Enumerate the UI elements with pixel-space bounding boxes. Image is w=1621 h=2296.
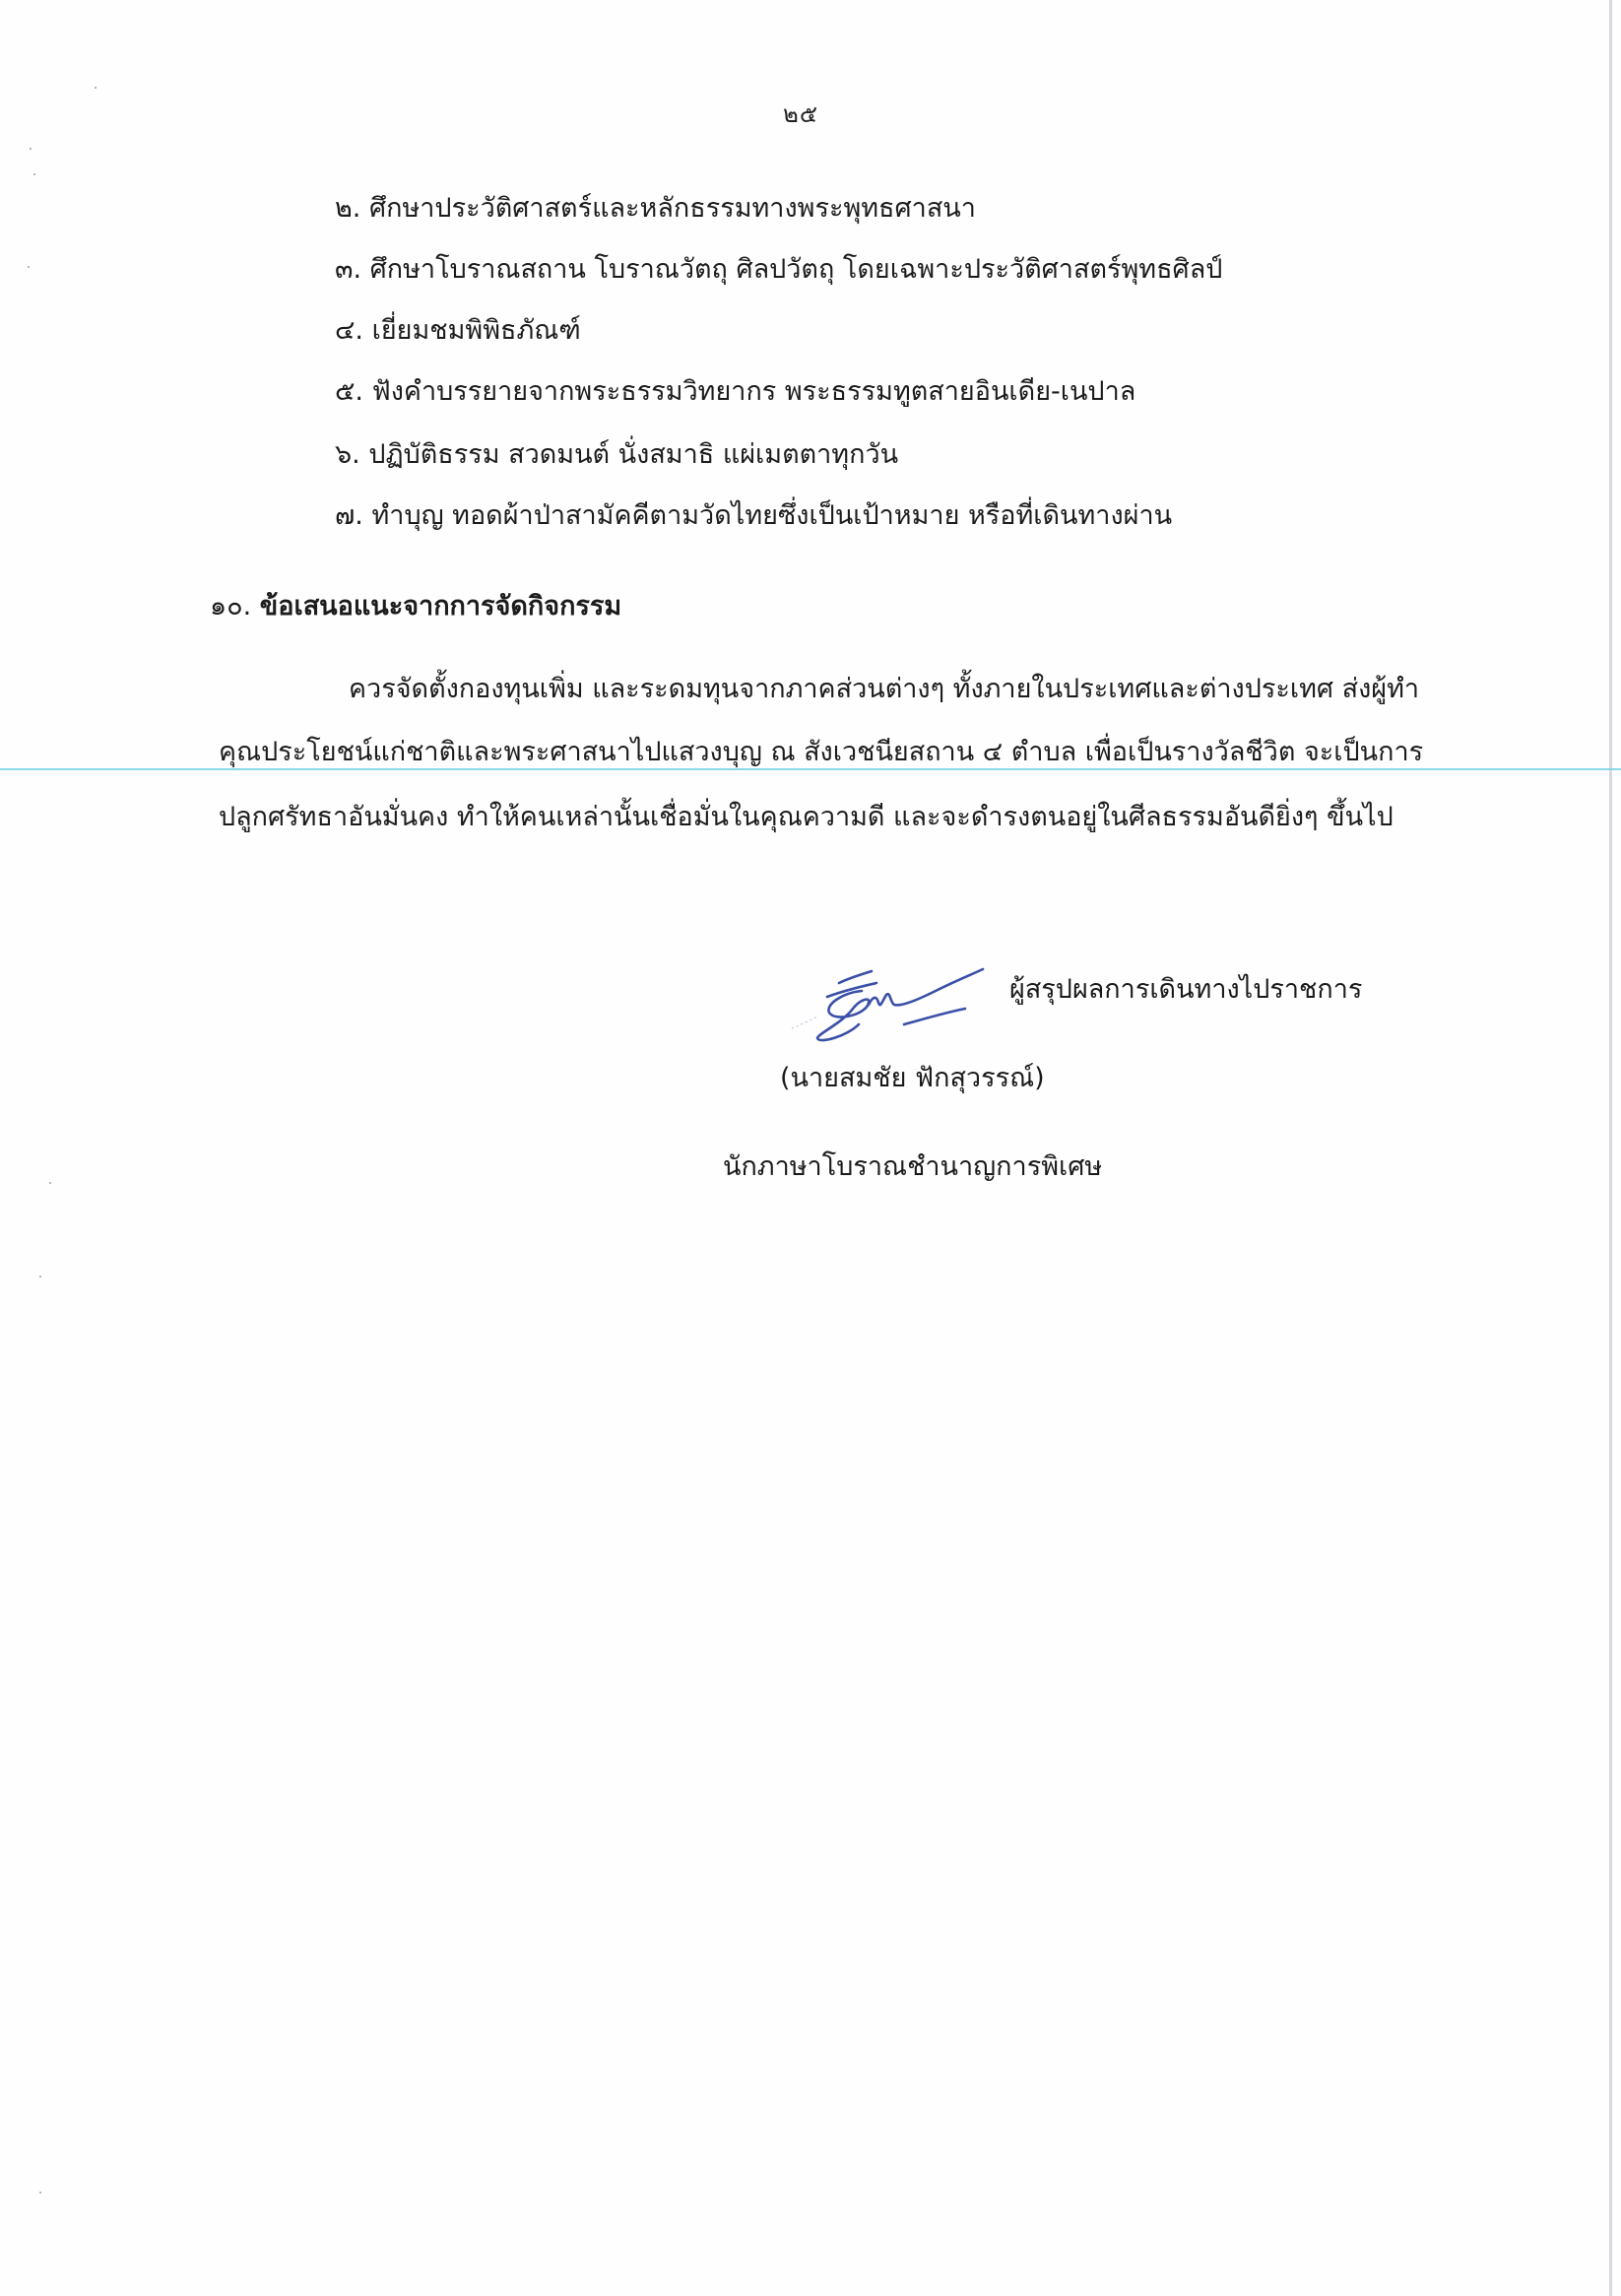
scan-speck [49,1182,51,1184]
list-item-number: ๔. [335,315,363,346]
scan-speck [33,173,35,175]
paragraph-line: ปลูกศรัทธาอันมั่นคง ทำให้คนเหล่านั้นเชื่… [219,798,1394,837]
signatory-name: (นายสมชัย ฟักสุวรรณ์) [780,1059,1045,1098]
paragraph-line: ควรจัดตั้งกองทุนเพิ่ม และระดมทุนจากภาคส่… [349,670,1419,709]
scan-artifact-vertical-line [1609,0,1612,2296]
list-item-text: เยี่ยมชมพิพิธภัณฑ์ [372,315,581,346]
list-item-text: ปฏิบัติธรรม สวดมนต์ นั่งสมาธิ แผ่เมตตาทุ… [368,439,898,470]
list-item-text: ศึกษาโบราณสถาน โบราณวัตถุ ศิลปวัตถุ โดยเ… [370,254,1223,285]
scan-speck [28,266,30,268]
list-item-number: ๖. [335,439,360,470]
list-item: ๖. ปฏิบัติธรรม สวดมนต์ นั่งสมาธิ แผ่เมตต… [335,435,898,475]
signature-role: ผู้สรุปผลการเดินทางไปราชการ [1009,970,1362,1010]
list-item-number: ๗. [335,500,363,531]
section-heading: ๑๐. ข้อเสนอแนะจากการจัดกิจกรรม [210,587,621,626]
list-item-number: ๓. [335,254,361,285]
list-item-text: ทำบุญ ทอดผ้าป่าสามัคคีตามวัดไทยซึ่งเป็นเ… [371,500,1172,531]
scan-speck [30,148,32,150]
handwritten-signature [788,953,985,1047]
list-item-text: ฟังคำบรรยายจากพระธรรมวิทยากร พระธรรมทูตส… [372,376,1136,407]
document-page: ๒๕ ๒. ศึกษาประวัติศาสตร์และหลักธรรมทางพร… [0,0,1621,2296]
list-item: ๒. ศึกษาประวัติศาสตร์และหลักธรรมทางพระพุ… [335,189,976,229]
signatory-position: นักภาษาโบราณชำนาญการพิเศษ [723,1148,1102,1187]
list-item-number: ๕. [335,376,363,407]
list-item: ๗. ทำบุญ ทอดผ้าป่าสามัคคีตามวัดไทยซึ่งเป… [335,496,1172,536]
page-number: ๒๕ [783,95,818,133]
scan-speck [95,87,97,89]
list-item: ๓. ศึกษาโบราณสถาน โบราณวัตถุ ศิลปวัตถุ โ… [335,250,1222,290]
list-item-text: ศึกษาประวัติศาสตร์และหลักธรรมทางพระพุทธศ… [369,193,976,224]
list-item: ๕. ฟังคำบรรยายจากพระธรรมวิทยากร พระธรรมท… [335,372,1135,412]
section-number: ๑๐. [210,591,251,622]
scan-speck [39,2192,41,2194]
list-item: ๔. เยี่ยมชมพิพิธภัณฑ์ [335,311,581,351]
paragraph-line: คุณประโยชน์แก่ชาติและพระศาสนาไปแสวงบุญ ณ… [219,733,1423,772]
list-item-number: ๒. [335,193,360,224]
scan-speck [39,1276,41,1278]
section-title: ข้อเสนอแนะจากการจัดกิจกรรม [260,591,621,622]
